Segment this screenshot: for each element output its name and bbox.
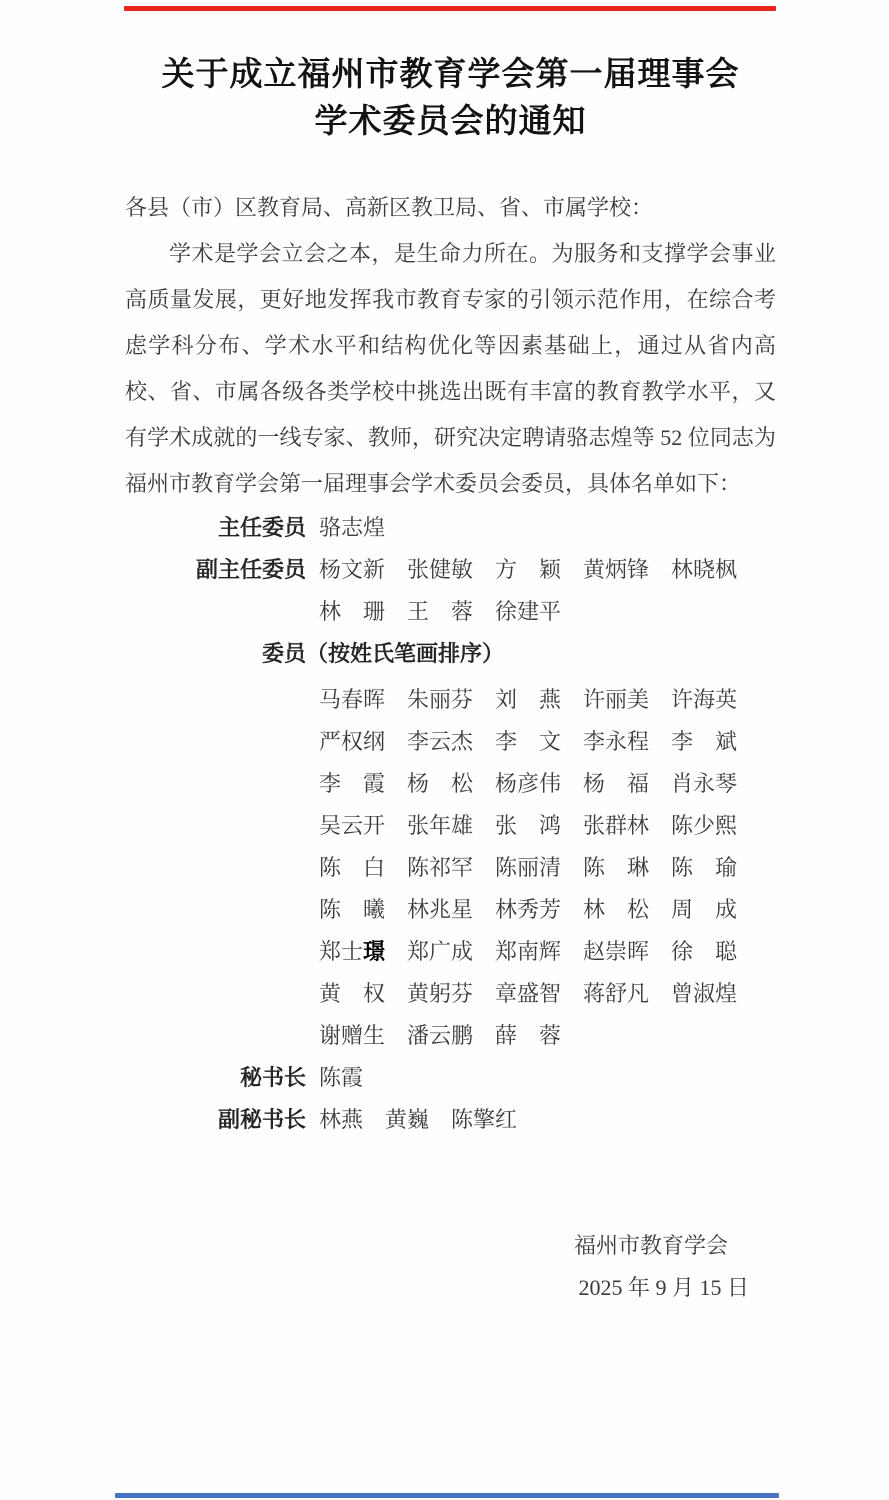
member-row: 郑士璟 郑广成 郑南辉 赵崇晖 徐 聪 xyxy=(125,931,776,973)
chair-label: 主任委员 xyxy=(125,507,306,549)
member-row: 陈 曦 林兆星 林秀芳 林 松 周 成 xyxy=(125,889,776,931)
member-row: 谢赠生 潘云鹏 薛 蓉 xyxy=(125,1015,776,1057)
chair-row: 主任委员 骆志煌 xyxy=(125,507,776,549)
vice-chair-label: 副主任委员 xyxy=(125,549,306,591)
document-title-line-1: 关于成立福州市教育学会第一届理事会 xyxy=(125,52,776,99)
member-row: 吴云开 张年雄 张 鸿 张群林 陈少熙 xyxy=(125,805,776,847)
vice-chair-names-line-2: 林 珊 王 蓉 徐建平 xyxy=(306,591,561,633)
member-row: 黄 权 黄躬芬 章盛智 蒋舒凡 曾淑煌 xyxy=(125,973,776,1015)
secretary-row: 秘书长 陈霞 xyxy=(125,1057,776,1099)
member-row: 严权纲 李云杰 李 文 李永程 李 斌 xyxy=(125,721,776,763)
salutation-line: 各县（市）区教育局、高新区教卫局、省、市属学校： xyxy=(125,195,776,221)
vice-chair-row: 副主任委员 杨文新 张健敏 方 颖 黄炳锋 林晓枫 xyxy=(125,549,776,591)
signature-organization: 福州市教育学会 xyxy=(125,1225,776,1267)
deputy-secretary-names: 林燕 黄巍 陈擎红 xyxy=(306,1099,517,1141)
members-label-suffix: （按姓氏笔画排序） xyxy=(306,633,504,675)
member-row: 李 霞 杨 松 杨彦伟 杨 福 肖永琴 xyxy=(125,763,776,805)
notice-document-page: 关于成立福州市教育学会第一届理事会 学术委员会的通知 各县（市）区教育局、高新区… xyxy=(0,0,889,1500)
members-heading-row: 委员 （按姓氏笔画排序） xyxy=(125,633,776,675)
deputy-secretary-row: 副秘书长 林燕 黄巍 陈擎红 xyxy=(125,1099,776,1141)
vice-chair-continuation-row: 林 珊 王 蓉 徐建平 xyxy=(125,591,776,633)
member-row: 陈 白 陈祁罕 陈丽清 陈 琳 陈 瑜 xyxy=(125,847,776,889)
deputy-secretary-label: 副秘书长 xyxy=(125,1099,306,1141)
secretary-label: 秘书长 xyxy=(125,1057,306,1099)
members-label: 委员 xyxy=(125,633,306,675)
secretary-names: 陈霞 xyxy=(306,1057,363,1099)
member-rows: 马春晖 朱丽芬 刘 燕 许丽美 许海英 严权纲 李云杰 李 文 李永程 李 斌 … xyxy=(125,679,776,1057)
member-row: 马春晖 朱丽芬 刘 燕 许丽美 许海英 xyxy=(125,679,776,721)
chair-names: 骆志煌 xyxy=(306,507,385,549)
body-paragraph: 学术是学会立会之本，是生命力所在。为服务和支撑学会事业高质量发展，更好地发挥我市… xyxy=(125,231,776,507)
document-content: 关于成立福州市教育学会第一届理事会 学术委员会的通知 各县（市）区教育局、高新区… xyxy=(0,0,889,1309)
vice-chair-names-line-1: 杨文新 张健敏 方 颖 黄炳锋 林晓枫 xyxy=(306,549,737,591)
roster-section: 主任委员 骆志煌 副主任委员 杨文新 张健敏 方 颖 黄炳锋 林晓枫 林 珊 王… xyxy=(125,507,776,1141)
bottom-blue-rule xyxy=(115,1493,779,1498)
signature-block: 福州市教育学会 2025 年 9 月 15 日 xyxy=(125,1225,776,1309)
signature-date: 2025 年 9 月 15 日 xyxy=(125,1267,776,1309)
document-title: 关于成立福州市教育学会第一届理事会 学术委员会的通知 xyxy=(125,52,776,146)
document-title-line-2: 学术委员会的通知 xyxy=(125,99,776,146)
